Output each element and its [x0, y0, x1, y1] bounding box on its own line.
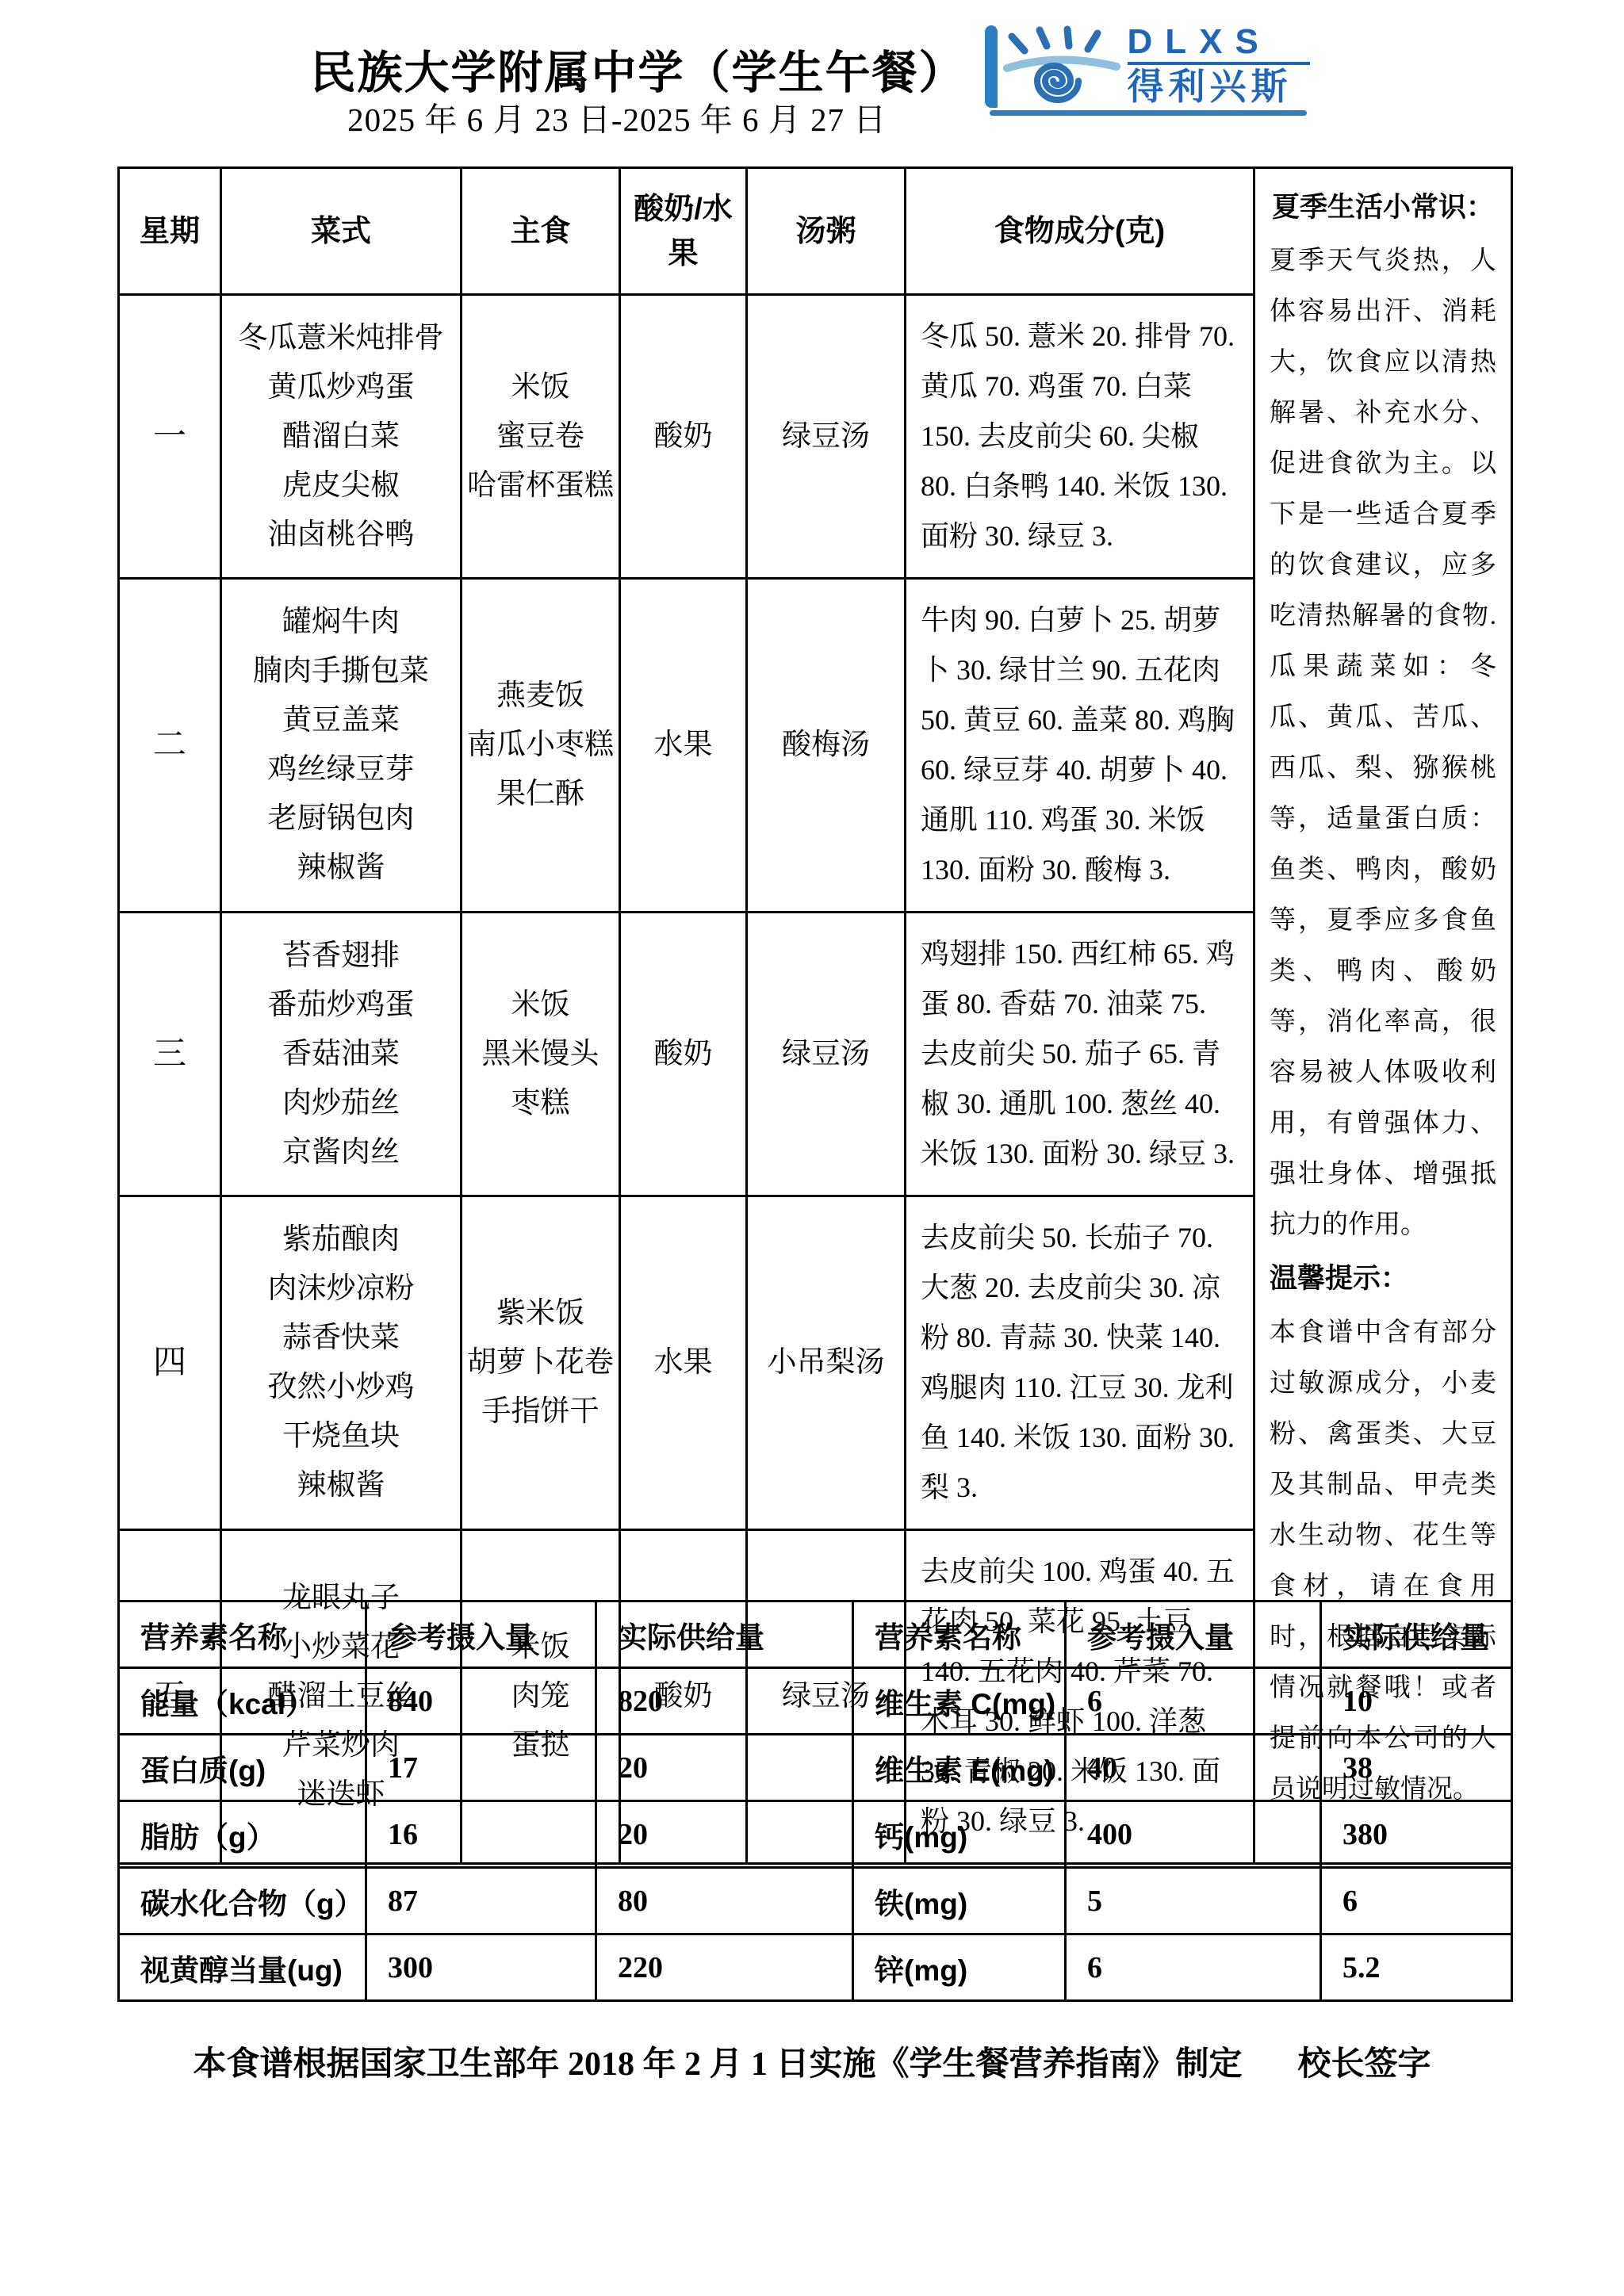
footer-note: 本食谱根据国家卫生部年 2018 年 2 月 1 日实施《学生餐营养指南》制定校…: [0, 2038, 1624, 2085]
dish: 黄豆盖菜: [227, 696, 455, 745]
allergy-notice-title: 温馨提示：: [1270, 1250, 1496, 1307]
staple: 黑米馒头: [467, 1030, 614, 1079]
staple-cell: 米饭 蜜豆卷 哈雷杯蛋糕: [462, 295, 620, 579]
col-header-weekday: 星期: [119, 168, 221, 295]
staple: 米饭: [467, 981, 614, 1030]
staple: 紫米饭: [467, 1289, 614, 1338]
nutrient-label: 蛋白质(g): [119, 1735, 366, 1801]
dish: 肉炒茄丝: [227, 1079, 455, 1128]
actual-supply-header: 实际供给量: [596, 1601, 853, 1668]
dish: 罐焖牛肉: [227, 598, 455, 647]
nutrient-label: 视黄醇当量(ug): [119, 1934, 366, 2001]
dairy-fruit-cell: 水果: [620, 579, 747, 913]
actual-value: 20: [596, 1735, 853, 1801]
tips-body: 夏季天气炎热，人体容易出汗、消耗大，饮食应以清热解暑、补充水分、促进食欲为主。以…: [1270, 235, 1496, 1250]
dishes-cell: 苔香翅排 番茄炒鸡蛋 香菇油菜 肉炒茄丝 京酱肉丝: [221, 913, 462, 1196]
nutrition-row: 脂肪（g） 16 20 钙(mg) 400 380: [119, 1801, 1512, 1868]
dish: 京酱肉丝: [227, 1128, 455, 1177]
soup-cell: 绿豆汤: [747, 913, 906, 1196]
col-header-soup: 汤粥: [747, 168, 906, 295]
dish: 老厨锅包肉: [227, 794, 455, 844]
actual-value: 380: [1321, 1801, 1512, 1868]
logo-abbreviation: DLXS: [1128, 24, 1310, 65]
nutrient-name-header: 营养素名称: [119, 1601, 366, 1668]
actual-value: 6: [1321, 1868, 1512, 1934]
dishes-cell: 罐焖牛肉 腩肉手撕包菜 黄豆盖菜 鸡丝绿豆芽 老厨锅包肉 辣椒酱: [221, 579, 462, 913]
nutrient-name-header: 营养素名称: [853, 1601, 1066, 1668]
composition-cell: 冬瓜 50. 薏米 20. 排骨 70. 黄瓜 70. 鸡蛋 70. 白菜 15…: [906, 295, 1254, 579]
staple: 蜜豆卷: [467, 412, 614, 461]
date-range: 2025 年 6 月 23 日-2025 年 6 月 27 日: [0, 94, 1234, 140]
nutrition-header-row: 营养素名称 参考摄入量 实际供给量 营养素名称 参考摄入量 实际供给量: [119, 1601, 1512, 1668]
dish: 醋溜白菜: [227, 412, 455, 461]
staple: 胡萝卜花卷: [467, 1338, 614, 1387]
nutrient-label: 维生素 C(mg): [853, 1668, 1066, 1735]
reference-intake-header: 参考摄入量: [366, 1601, 596, 1668]
nutrition-row: 视黄醇当量(ug) 300 220 锌(mg) 6 5.2: [119, 1934, 1512, 2001]
dish: 干烧鱼块: [227, 1412, 455, 1461]
dish: 肉沫炒凉粉: [227, 1265, 455, 1314]
tips-title: 夏季生活小常识：: [1270, 180, 1496, 235]
actual-value: 38: [1321, 1735, 1512, 1801]
dish: 孜然小炒鸡: [227, 1363, 455, 1412]
actual-value: 80: [596, 1868, 853, 1934]
reference-value: 17: [366, 1735, 596, 1801]
dish: 香菇油菜: [227, 1030, 455, 1079]
actual-value: 220: [596, 1934, 853, 2001]
staple-cell: 紫米饭 胡萝卜花卷 手指饼干: [462, 1196, 620, 1530]
reference-value: 5: [1066, 1868, 1321, 1934]
reference-value: 6: [1066, 1934, 1321, 2001]
day-label: 二: [119, 579, 221, 913]
staple: 果仁酥: [467, 770, 614, 819]
col-header-dishes: 菜式: [221, 168, 462, 295]
dairy-fruit-cell: 酸奶: [620, 913, 747, 1196]
nutrient-label: 铁(mg): [853, 1868, 1066, 1934]
col-header-staple: 主食: [462, 168, 620, 295]
nutrition-table: 营养素名称 参考摄入量 实际供给量 营养素名称 参考摄入量 实际供给量 能量（k…: [117, 1600, 1513, 2002]
dishes-cell: 紫茄酿肉 肉沫炒凉粉 蒜香快菜 孜然小炒鸡 干烧鱼块 辣椒酱: [221, 1196, 462, 1530]
staple: 米饭: [467, 363, 614, 412]
dish: 辣椒酱: [227, 1461, 455, 1510]
nutrient-label: 能量（kcal）: [119, 1668, 366, 1735]
dish: 番茄炒鸡蛋: [227, 981, 455, 1030]
reference-value: 40: [1066, 1735, 1321, 1801]
col-header-composition: 食物成分(克): [906, 168, 1254, 295]
nutrition-row: 能量（kcal） 840 820 维生素 C(mg) 6 10: [119, 1668, 1512, 1735]
staple-cell: 米饭 黑米馒头 枣糕: [462, 913, 620, 1196]
dish: 紫茄酿肉: [227, 1215, 455, 1265]
actual-value: 820: [596, 1668, 853, 1735]
menu-document: 民族大学附属中学（学生午餐） DLXS 得利兴斯: [0, 0, 1624, 2296]
nutrient-label: 钙(mg): [853, 1801, 1066, 1868]
dishes-cell: 冬瓜薏米炖排骨 黄瓜炒鸡蛋 醋溜白菜 虎皮尖椒 油卤桃谷鸭: [221, 295, 462, 579]
reference-intake-header: 参考摄入量: [1066, 1601, 1321, 1668]
dairy-fruit-cell: 酸奶: [620, 295, 747, 579]
soup-cell: 绿豆汤: [747, 295, 906, 579]
nutrition-row: 蛋白质(g) 17 20 维生素 E(mg) 40 38: [119, 1735, 1512, 1801]
soup-cell: 酸梅汤: [747, 579, 906, 913]
dish: 冬瓜薏米炖排骨: [227, 314, 455, 363]
actual-value: 20: [596, 1801, 853, 1868]
nutrient-label: 维生素 E(mg): [853, 1735, 1066, 1801]
nutrient-label: 锌(mg): [853, 1934, 1066, 2001]
staple: 燕麦饭: [467, 672, 614, 721]
day-label: 一: [119, 295, 221, 579]
soup-cell: 小吊梨汤: [747, 1196, 906, 1530]
dish: 苔香翅排: [227, 932, 455, 981]
reference-value: 6: [1066, 1668, 1321, 1735]
reference-value: 16: [366, 1801, 596, 1868]
nutrition-row: 碳水化合物（g） 87 80 铁(mg) 5 6: [119, 1868, 1512, 1934]
day-label: 三: [119, 913, 221, 1196]
staple: 南瓜小枣糕: [467, 721, 614, 770]
dish: 黄瓜炒鸡蛋: [227, 363, 455, 412]
footer-text: 本食谱根据国家卫生部年 2018 年 2 月 1 日实施《学生餐营养指南》制定: [193, 2046, 1242, 2083]
reference-value: 300: [366, 1934, 596, 2001]
principal-signature-label: 校长签字: [1298, 2046, 1431, 2083]
col-header-dairy-fruit: 酸奶/水果: [620, 168, 747, 295]
dish: 虎皮尖椒: [227, 461, 455, 511]
page-title: 民族大学附属中学（学生午餐）: [311, 36, 966, 101]
nutrient-label: 脂肪（g）: [119, 1801, 366, 1868]
actual-supply-header: 实际供给量: [1321, 1601, 1512, 1668]
dish: 鸡丝绿豆芽: [227, 745, 455, 794]
nutrient-label: 碳水化合物（g）: [119, 1868, 366, 1934]
staple: 哈雷杯蛋糕: [467, 461, 614, 511]
document-header: 民族大学附属中学（学生午餐） DLXS 得利兴斯: [0, 0, 1624, 166]
staple: 手指饼干: [467, 1387, 614, 1437]
day-label: 四: [119, 1196, 221, 1530]
actual-value: 5.2: [1321, 1934, 1512, 2001]
dish: 腩肉手撕包菜: [227, 647, 455, 696]
dairy-fruit-cell: 水果: [620, 1196, 747, 1530]
composition-cell: 去皮前尖 50. 长茄子 70. 大葱 20. 去皮前尖 30. 凉粉 80. …: [906, 1196, 1254, 1530]
reference-value: 840: [366, 1668, 596, 1735]
dish: 油卤桃谷鸭: [227, 511, 455, 560]
dish: 蒜香快菜: [227, 1314, 455, 1363]
staple: 枣糕: [467, 1079, 614, 1128]
reference-value: 400: [1066, 1801, 1321, 1868]
reference-value: 87: [366, 1868, 596, 1934]
composition-cell: 牛肉 90. 白萝卜 25. 胡萝卜 30. 绿甘兰 90. 五花肉 50. 黄…: [906, 579, 1254, 913]
dish: 辣椒酱: [227, 844, 455, 893]
composition-cell: 鸡翅排 150. 西红柿 65. 鸡蛋 80. 香菇 70. 油菜 75. 去皮…: [906, 913, 1254, 1196]
staple-cell: 燕麦饭 南瓜小枣糕 果仁酥: [462, 579, 620, 913]
actual-value: 10: [1321, 1668, 1512, 1735]
menu-header-row: 星期 菜式 主食 酸奶/水果 汤粥 食物成分(克) 夏季生活小常识： 夏季天气炎…: [119, 168, 1512, 295]
